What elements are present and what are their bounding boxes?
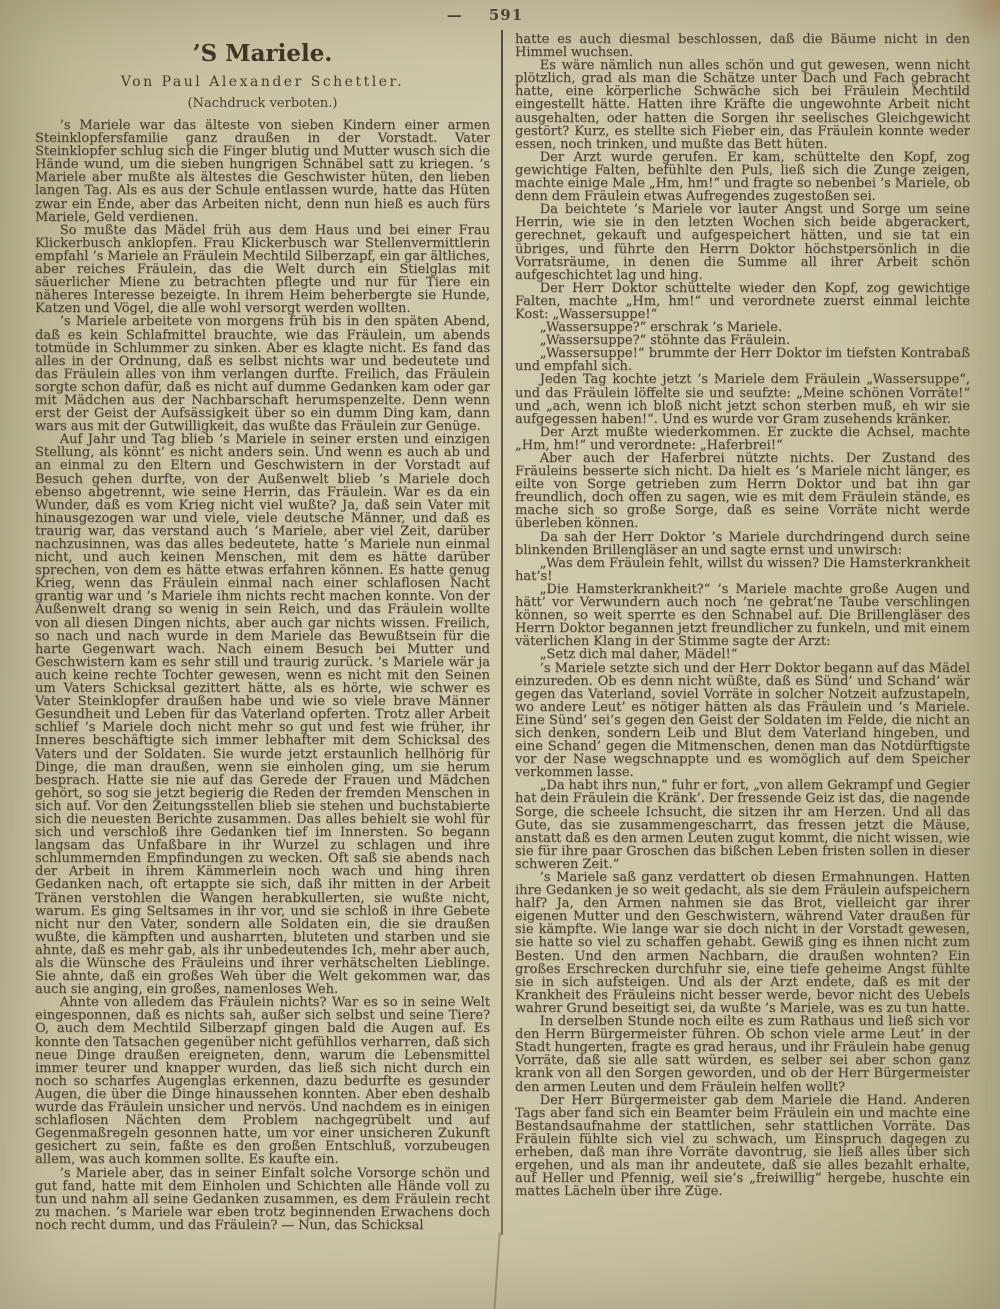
column-left-text: ’s Mariele war das älteste von sieben Ki… — [35, 119, 490, 1232]
paragraph: Es wäre nämlich nun alles schön und gut … — [515, 59, 970, 151]
paragraph: Jeden Tag kochte jetzt ’s Mariele dem Fr… — [515, 373, 970, 425]
paragraph: ’s Mariele setzte sich und der Herr Dokt… — [515, 662, 970, 780]
paragraph: Der Herr Doktor schüttelte wieder den Ko… — [515, 282, 970, 321]
paragraph: „Da habt ihrs nun,“ fuhr er fort, „von a… — [515, 779, 970, 871]
paragraph: Ahnte von alledem das Fräulein nichts? W… — [35, 996, 490, 1166]
article-byline: Von Paul Alexander Schettler. — [35, 74, 490, 90]
paragraph: „Was dem Fräulein fehlt, willst du wisse… — [515, 557, 970, 583]
column-left: ’S Mariele. Von Paul Alexander Schettler… — [35, 40, 490, 1309]
paragraph: ’s Mariele aber, das in seiner Einfalt s… — [35, 1167, 490, 1232]
column-right: hatte es auch diesmal beschlossen, daß d… — [515, 33, 970, 1303]
article-title: ’S Mariele. — [35, 40, 490, 67]
header-dash: — — [447, 6, 463, 24]
column-right-text: hatte es auch diesmal beschlossen, daß d… — [515, 33, 970, 1198]
column-divider-rule — [501, 30, 503, 1235]
paragraph: ’s Mariele arbeitete von morgens früh bi… — [35, 315, 490, 433]
paragraph: Aber auch der Haferbrei nützte nichts. D… — [515, 452, 970, 531]
paragraph: So mußte das Mädel früh aus dem Haus und… — [35, 224, 490, 316]
paragraph: Der Arzt wurde gerufen. Er kam, schüttel… — [515, 151, 970, 203]
paragraph: ’s Mariele saß ganz verdattert ob diesen… — [515, 871, 970, 1015]
paragraph: Da sah der Herr Doktor ’s Mariele durchd… — [515, 531, 970, 557]
paragraph: In derselben Stunde noch eilte es zum Ra… — [515, 1015, 970, 1094]
reprint-notice: (Nachdruck verboten.) — [35, 96, 490, 111]
paragraph: Da beichtete ’s Mariele vor lauter Angst… — [515, 203, 970, 282]
paragraph: „Die Hamsterkrankheit?“ ’s Mariele macht… — [515, 583, 970, 648]
paragraph: „Setz dich mal daher, Mädel!“ — [515, 648, 970, 661]
paragraph: ’s Mariele war das älteste von sieben Ki… — [35, 119, 490, 224]
page-header: —591 — [0, 6, 970, 24]
paper-crease — [493, 1232, 501, 1309]
paragraph: „Wassersuppe!“ brummte der Herr Doktor i… — [515, 347, 970, 373]
page-number: 591 — [489, 6, 523, 24]
scanned-page: —591 ’S Mariele. Von Paul Alexander Sche… — [0, 0, 1000, 1309]
paragraph: Auf Jahr und Tag blieb ’s Mariele in sei… — [35, 433, 490, 996]
paragraph: hatte es auch diesmal beschlossen, daß d… — [515, 33, 970, 59]
paragraph: Der Arzt mußte wiederkommen. Er zuckte d… — [515, 426, 970, 452]
paragraph: Der Herr Bürgermeister gab dem Mariele d… — [515, 1094, 970, 1199]
